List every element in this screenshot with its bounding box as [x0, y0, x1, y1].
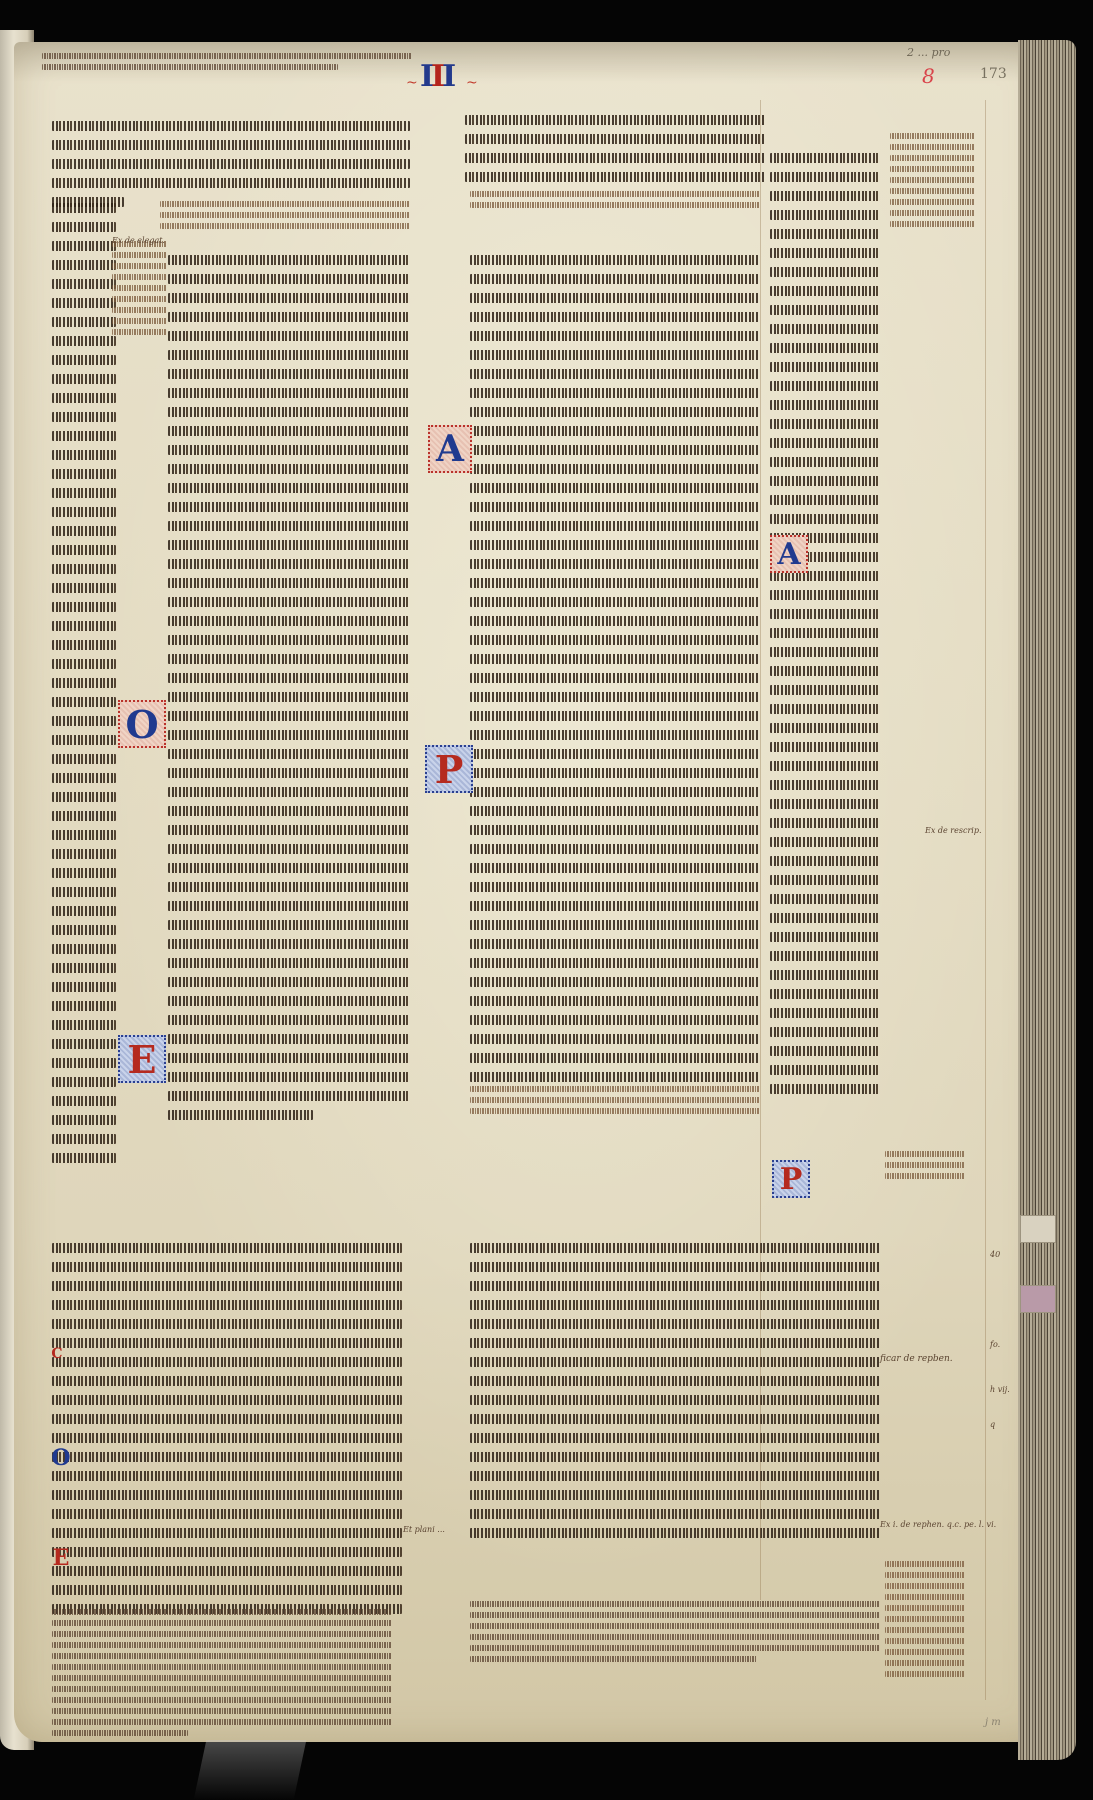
- rubric-initial-C: C: [50, 1345, 64, 1363]
- right-narrow-column: [770, 150, 880, 1100]
- header-stroke-blue: I: [442, 59, 453, 94]
- rubric-initial-E: E: [50, 1545, 72, 1571]
- header-stroke-blue: I: [420, 59, 431, 94]
- middle-column-top: [465, 112, 765, 188]
- illuminated-initial-E: E: [118, 1035, 166, 1083]
- illuminated-initial-A-right: A: [770, 535, 808, 573]
- margin-numeral: q: [990, 1420, 995, 1430]
- bottom-right-mark: j m: [985, 1718, 1001, 1728]
- margin-numeral: 40: [990, 1250, 1000, 1260]
- left-narrow-column: [52, 200, 116, 1169]
- middle-gloss-bottom: [470, 1085, 760, 1118]
- red-flourish-icon: ~: [406, 68, 415, 98]
- marginal-gloss: ficar de repben.: [880, 1355, 953, 1365]
- left-column-top-lines: [52, 118, 410, 213]
- shelf-note: 2 ... pro: [907, 46, 950, 59]
- right-margin-gloss-top: [890, 132, 975, 231]
- photo-background: ~ III ~ 2 ... pro 8 173 Ex de elegat. O …: [0, 0, 1093, 1800]
- middle-main-column: [470, 252, 760, 1088]
- margin-numeral: h vij.: [990, 1385, 1010, 1395]
- illuminated-initial-O: O: [118, 700, 166, 748]
- marginal-gloss: Ex de elegat.: [112, 236, 165, 246]
- margin-numeral: fo.: [990, 1340, 1000, 1350]
- illuminated-initial-A: A: [428, 425, 472, 473]
- illuminated-initial-P-right: P: [772, 1160, 810, 1198]
- red-flourish-icon: ~: [466, 68, 475, 98]
- right-margin-gloss-bottom: [885, 1560, 965, 1681]
- top-marginal-note: [42, 52, 412, 74]
- bottom-right-gloss: [470, 1600, 880, 1666]
- left-main-column: [168, 252, 410, 1126]
- marginal-gloss: Et plani ...: [403, 1525, 445, 1535]
- middle-gloss-block: [470, 190, 760, 212]
- page-tab-light: [1020, 1215, 1056, 1243]
- page-tab-pink: [1020, 1285, 1056, 1313]
- illuminated-initial-P: P: [425, 745, 473, 793]
- left-margin-gloss-1: [112, 240, 167, 339]
- folio-number: 173: [980, 66, 1007, 82]
- ruling-line: [985, 100, 986, 1700]
- bottom-left-gloss: [52, 1608, 392, 1740]
- running-title-mark: ~ III ~: [420, 62, 453, 92]
- clamp-shadow: [194, 1740, 307, 1800]
- header-stroke-red: I: [431, 59, 442, 94]
- gloss-block: [160, 200, 410, 233]
- page-fore-edge: [1018, 40, 1076, 1760]
- rubric-initial-O: O: [50, 1445, 72, 1471]
- right-margin-gloss-mid: [885, 1150, 965, 1183]
- quire-mark: 8: [922, 64, 935, 88]
- lower-right-column: [470, 1240, 880, 1544]
- marginal-gloss: Ex i. de rephen. q.c. pe. l. vi.: [880, 1520, 996, 1530]
- lower-left-column: [52, 1240, 402, 1620]
- marginal-gloss: Ex de rescrip.: [925, 826, 981, 836]
- ruling-line: [760, 100, 761, 1600]
